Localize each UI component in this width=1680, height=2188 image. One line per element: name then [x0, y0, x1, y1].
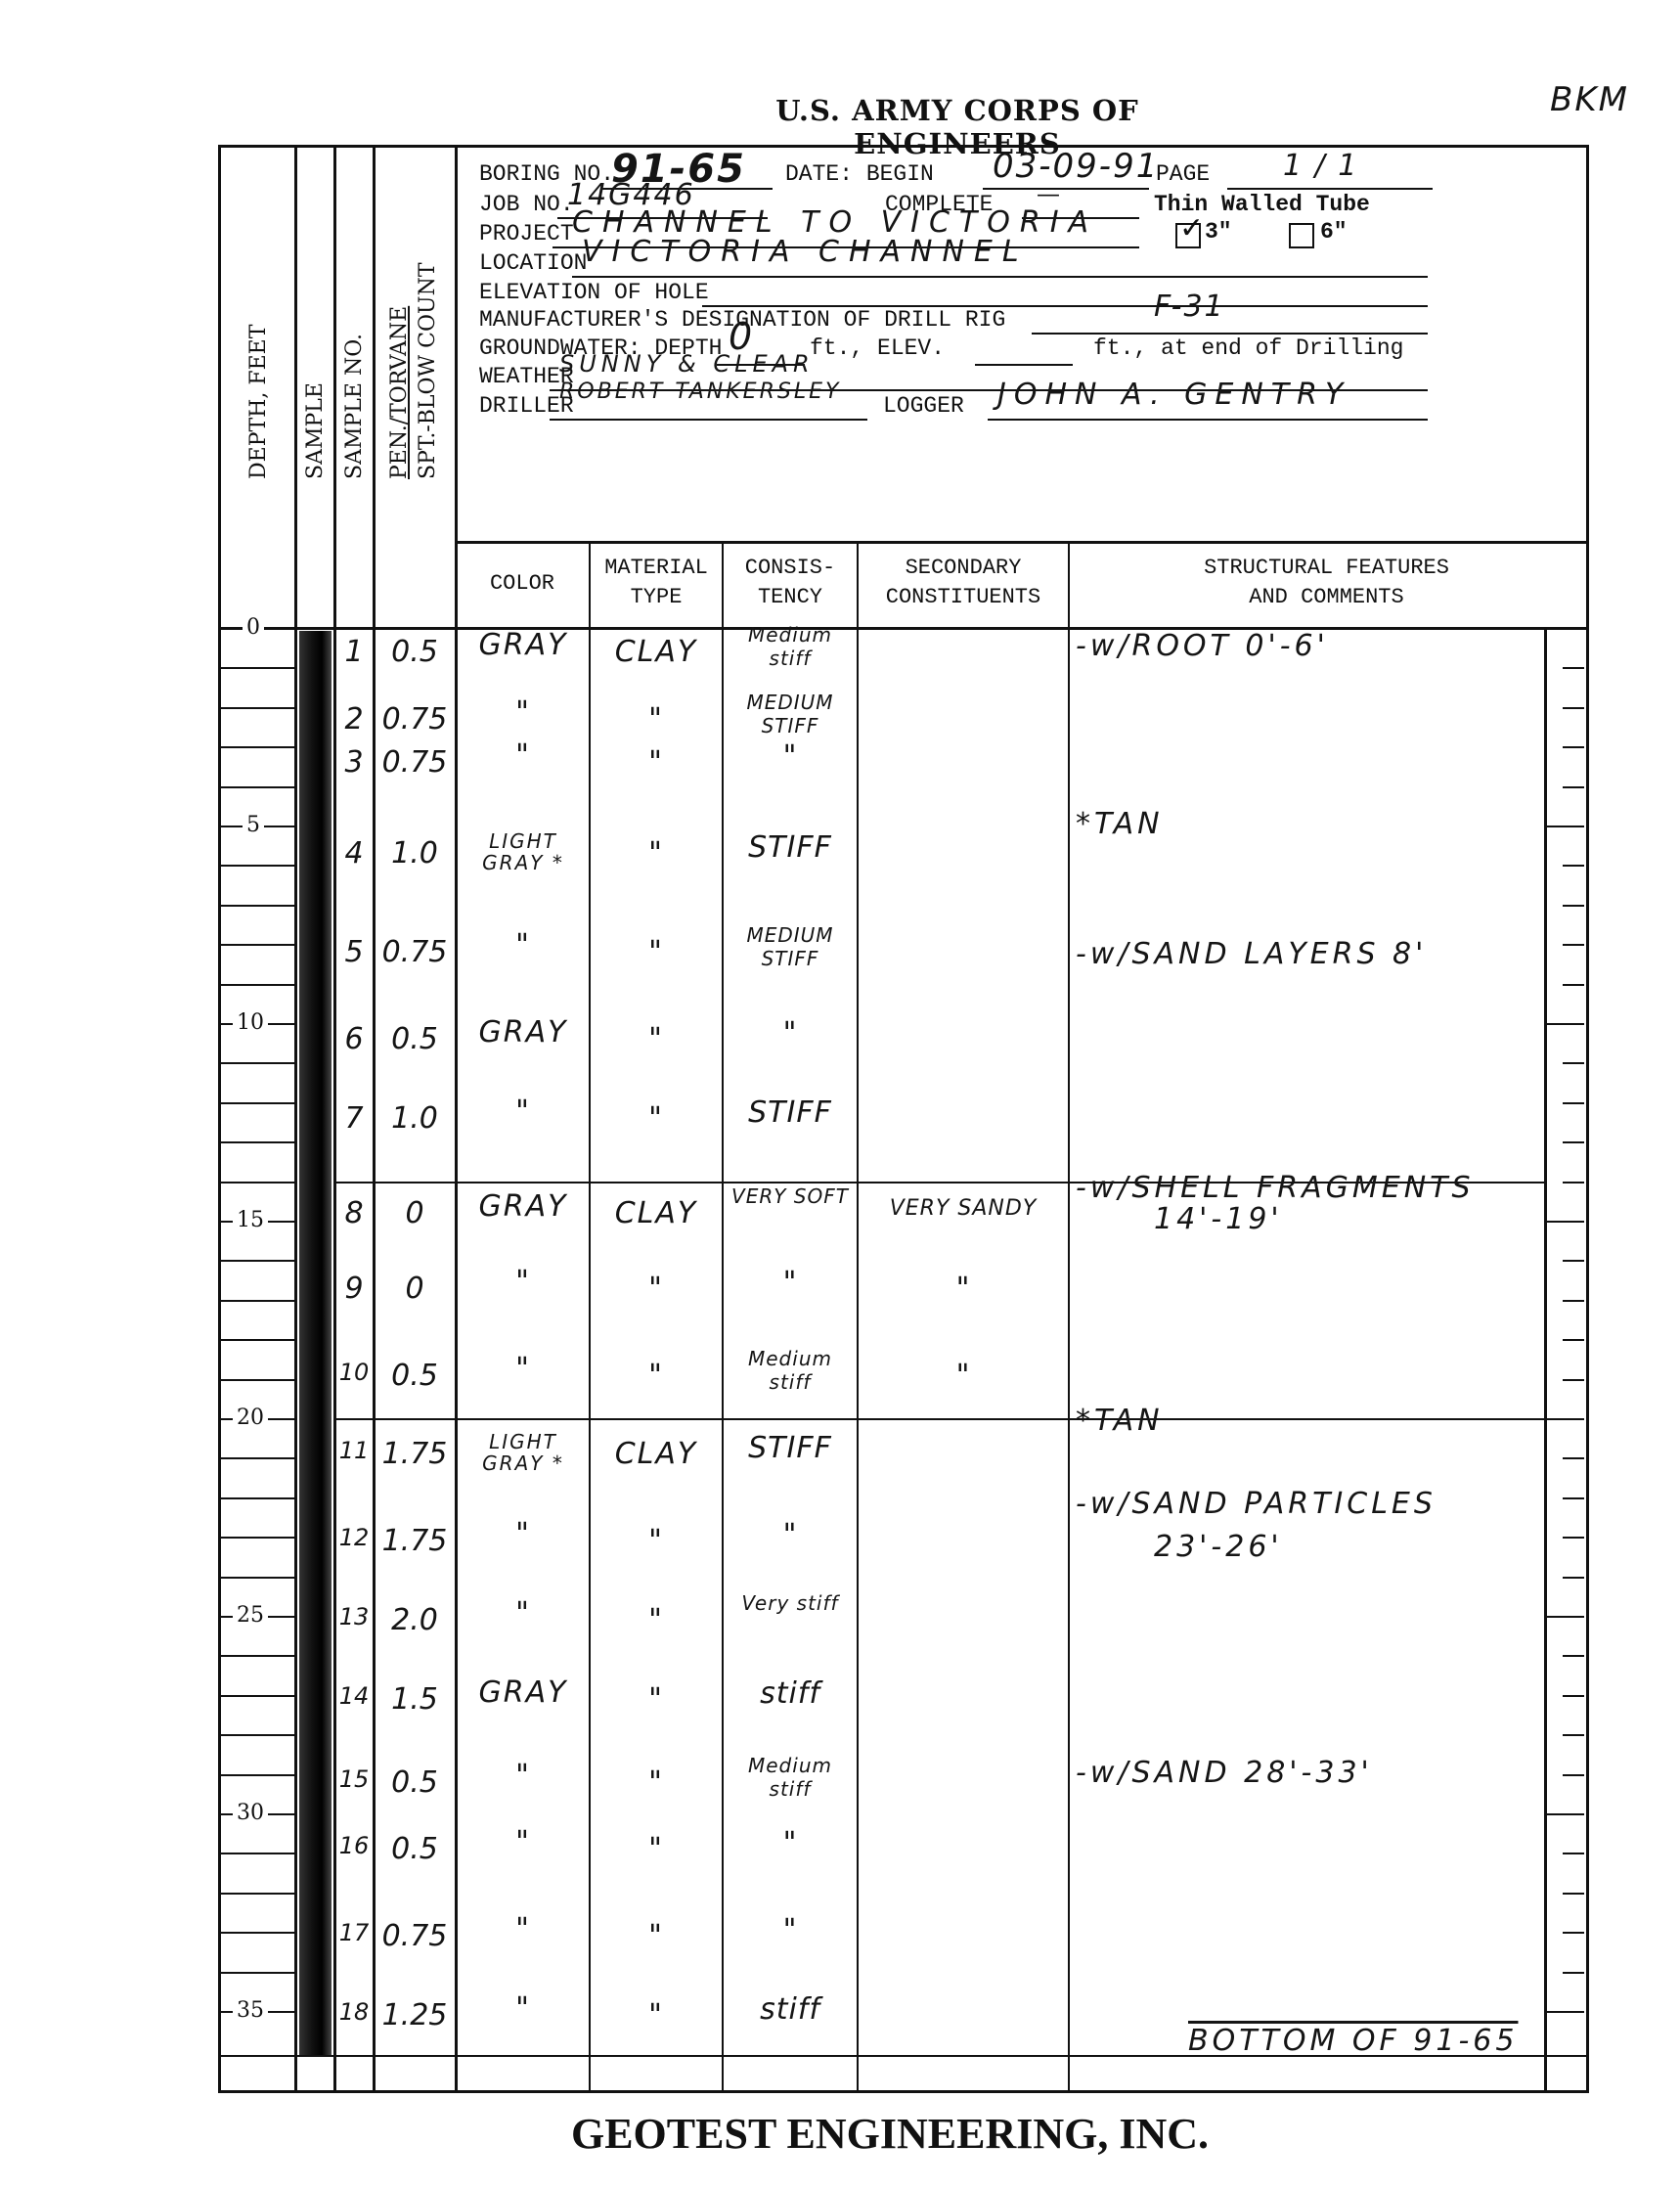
material-type-value: " [591, 1682, 722, 1717]
consistency-value: Medium stiff [724, 1347, 857, 1394]
secondary-header-line2: CONSTITUENTS [858, 583, 1069, 612]
right-major-tick [1547, 1023, 1584, 1025]
depth-minor-tick [221, 1300, 294, 1302]
secondary-constituents-header: SECONDARYCONSTITUENTS [858, 554, 1069, 612]
right-minor-tick [1563, 984, 1584, 986]
material-type-value: " [591, 1603, 722, 1637]
pen-torvane-value: 0.75 [375, 935, 455, 969]
right-minor-tick [1563, 944, 1584, 946]
depth-minor-tick [221, 1655, 294, 1657]
weather-value: SUNNY & CLEAR [559, 350, 815, 378]
structural-comment: -w/SHELL FRAGMENTS [1076, 1171, 1475, 1205]
material-type-value: " [591, 1101, 722, 1136]
end-of-drilling-label: ft., at end of Drilling [1093, 335, 1403, 361]
structural-comment: -w/SAND 28'-33' [1076, 1756, 1373, 1790]
elevation-label: ELEVATION OF HOLE [479, 280, 709, 305]
color-value: " [458, 1832, 589, 1853]
material-type-value: CLAY [591, 635, 722, 669]
color-value: " [458, 702, 589, 724]
checkmark-icon: ✓ [1179, 211, 1204, 246]
material-type-value: " [591, 1272, 722, 1306]
color-value: GRAY [458, 1196, 589, 1218]
divider [722, 541, 724, 2090]
material-type-value: CLAY [591, 1196, 722, 1230]
underline [550, 419, 867, 421]
pen-torvane-header: PEN./TORVANE [387, 306, 412, 479]
material-type-value: " [591, 1998, 722, 2032]
right-minor-tick [1563, 1537, 1584, 1539]
color-value: LIGHT GRAY * [458, 830, 589, 873]
underline [572, 276, 1428, 278]
depth-header: DEPTH, FEET [246, 325, 271, 479]
underline [1032, 333, 1428, 335]
material-type-value: " [591, 1832, 722, 1866]
divider [294, 145, 297, 2090]
divider [1544, 629, 1547, 2090]
pen-torvane-value: 1.0 [375, 836, 455, 871]
depth-minor-tick [221, 984, 294, 986]
depth-label: 10 [233, 1010, 268, 1035]
depth-minor-tick [221, 865, 294, 867]
structural-features-header: STRUCTURAL FEATURESAND COMMENTS [1069, 554, 1584, 612]
pen-torvane-value: 0.75 [375, 1919, 455, 1953]
right-minor-tick [1563, 1457, 1584, 1459]
color-value: " [458, 1998, 589, 2020]
right-minor-tick [1563, 1853, 1584, 1854]
right-minor-tick [1563, 1972, 1584, 1974]
consistency-value: STIFF [724, 836, 857, 860]
secondary-constituents-value: " [859, 1359, 1068, 1393]
depth-minor-tick [221, 1379, 294, 1381]
right-minor-tick [1563, 1182, 1584, 1183]
secondary-constituents-value: VERY SANDY [859, 1196, 1068, 1221]
right-minor-tick [1563, 786, 1584, 788]
underline [1227, 188, 1433, 190]
tube-6in-checkbox[interactable] [1289, 223, 1314, 248]
pen-torvane-value: 0.75 [375, 702, 455, 737]
depth-minor-tick [221, 1339, 294, 1341]
sample-number: 10 [334, 1359, 374, 1386]
consistency-value: Medium stiff [724, 1754, 857, 1801]
depth-minor-tick [221, 944, 294, 946]
sample-number: 13 [334, 1603, 374, 1630]
pen-torvane-value: 2.0 [375, 1603, 455, 1637]
sample-number: 2 [334, 702, 374, 737]
pen-torvane-value: 1.25 [375, 1998, 455, 2032]
sample-number: 11 [334, 1437, 374, 1464]
right-major-tick [1547, 1813, 1584, 1815]
right-minor-tick [1563, 1141, 1584, 1143]
right-minor-tick [1563, 1577, 1584, 1579]
color-value: " [458, 1524, 589, 1545]
pen-torvane-value: 0.5 [375, 1832, 455, 1866]
consistency-value: MEDIUM STIFF [724, 691, 857, 737]
pen-torvane-value: 0.75 [375, 745, 455, 780]
tube-6in-label: 6" [1320, 219, 1348, 245]
depth-minor-tick [221, 1182, 294, 1183]
right-minor-tick [1563, 746, 1584, 748]
depth-minor-tick [221, 1457, 294, 1459]
sample-number: 8 [334, 1196, 374, 1230]
material-type-value: " [591, 1919, 722, 1953]
material-type-value: " [591, 1022, 722, 1056]
job-no-label: JOB NO. [479, 192, 574, 217]
depth-minor-tick [221, 1260, 294, 1262]
depth-label: 25 [233, 1603, 268, 1628]
page-label: PAGE [1156, 161, 1210, 187]
right-minor-tick [1563, 667, 1584, 669]
right-minor-tick [1563, 1102, 1584, 1104]
right-minor-tick [1563, 1655, 1584, 1657]
material-type-value: CLAY [591, 1437, 722, 1471]
depth-label: 5 [243, 813, 264, 837]
consistency-value: Very stiff [724, 1591, 857, 1615]
depth-minor-tick [221, 746, 294, 748]
location-value: VICTORIA CHANNEL [582, 235, 1029, 269]
sample-number: 9 [334, 1272, 374, 1306]
consistency-header: CONSIS-TENCY [723, 554, 858, 612]
secondary-constituents-value: " [859, 1272, 1068, 1306]
consistency-value: STIFF [724, 1437, 857, 1460]
depth-minor-tick [221, 1062, 294, 1064]
material-type-header: MATERIALTYPE [590, 554, 723, 612]
consistency-value: " [724, 1022, 857, 1046]
color-value: " [458, 1919, 589, 1941]
sample-number: 17 [334, 1919, 374, 1946]
sample-number: 12 [334, 1524, 374, 1551]
depth-label: 15 [233, 1208, 268, 1232]
depth-minor-tick [221, 1853, 294, 1854]
structural-comment: 23'-26' [1154, 1530, 1283, 1564]
pen-torvane-value: 1.75 [375, 1437, 455, 1471]
color-value: " [458, 1359, 589, 1380]
depth-minor-tick [221, 905, 294, 907]
sample-number: 16 [334, 1832, 374, 1859]
depth-minor-tick [221, 1893, 294, 1895]
logger-value: JOHN A. GENTRY [997, 378, 1350, 412]
depth-minor-tick [221, 1141, 294, 1143]
sample-number: 18 [334, 1998, 374, 2026]
structural-comment: 14'-19' [1154, 1202, 1283, 1236]
color-value: " [458, 1101, 589, 1123]
underline [988, 419, 1428, 421]
sample-number: 6 [334, 1022, 374, 1056]
right-major-tick [1547, 1221, 1584, 1223]
color-value: LIGHT GRAY * [458, 1431, 589, 1474]
location-label: LOCATION [479, 250, 587, 276]
underline [983, 188, 1149, 190]
right-major-tick [1547, 1418, 1584, 1420]
consistency-value: MEDIUM STIFF [724, 923, 857, 970]
material-type-value: " [591, 1765, 722, 1800]
right-minor-tick [1563, 1062, 1584, 1064]
pen-torvane-value: 0.5 [375, 635, 455, 669]
right-minor-tick [1563, 1260, 1584, 1262]
depth-label: 0 [243, 615, 264, 640]
drill-rig-value: F-31 [1154, 290, 1225, 324]
color-value: " [458, 745, 589, 767]
material-type-value: " [591, 935, 722, 969]
structural-comment: BOTTOM OF 91-65 [1188, 2024, 1518, 2058]
consistency-value: stiff [724, 1998, 857, 2022]
project-label: PROJECT [479, 221, 574, 246]
depth-minor-tick [221, 1537, 294, 1539]
right-minor-tick [1563, 1379, 1584, 1381]
sample-number: 7 [334, 1101, 374, 1136]
divider [456, 541, 1586, 544]
sample-number: 15 [334, 1765, 374, 1793]
depth-minor-tick [221, 707, 294, 709]
right-minor-tick [1563, 905, 1584, 907]
divider [218, 627, 1586, 630]
pen-torvane-value: 1.0 [375, 1101, 455, 1136]
consistency-value: stiff [724, 1682, 857, 1706]
structural-comment: *TAN [1076, 807, 1164, 841]
color-value: " [458, 935, 589, 957]
right-minor-tick [1563, 1300, 1584, 1302]
pen-torvane-value: 1.5 [375, 1682, 455, 1717]
consistency-header-line2: TENCY [723, 583, 858, 612]
structural-comment: -w/ROOT 0'-6' [1076, 629, 1329, 663]
depth-minor-tick [221, 786, 294, 788]
consistency-value: " [724, 1524, 857, 1547]
underline [975, 364, 1073, 366]
divider [857, 541, 859, 2090]
structural-header-line2: AND COMMENTS [1069, 583, 1584, 612]
right-minor-tick [1563, 1774, 1584, 1776]
color-value: " [458, 1272, 589, 1293]
consistency-value: " [724, 1919, 857, 1942]
material-type-value: " [591, 1359, 722, 1393]
structural-comment: -w/SAND LAYERS 8' [1076, 937, 1427, 971]
sample-number: 5 [334, 935, 374, 969]
depth-minor-tick [221, 1774, 294, 1776]
right-minor-tick [1563, 1695, 1584, 1697]
right-minor-tick [1563, 865, 1584, 867]
right-minor-tick [1563, 1932, 1584, 1934]
depth-minor-tick [221, 1972, 294, 1974]
depth-minor-tick [221, 1695, 294, 1697]
pen-torvane-value: 0 [375, 1272, 455, 1306]
depth-minor-tick [221, 667, 294, 669]
sample-number: 14 [334, 1682, 374, 1710]
color-value: " [458, 1765, 589, 1787]
sample-number: 4 [334, 836, 374, 871]
right-minor-tick [1563, 1497, 1584, 1499]
sample-no-header: SAMPLE NO. [342, 334, 367, 479]
color-value: GRAY [458, 1022, 589, 1044]
pen-torvane-value: 1.75 [375, 1524, 455, 1558]
date-begin-value: 03-09-91 [993, 147, 1159, 186]
consistency-value: STIFF [724, 1101, 857, 1125]
structural-header-line1: STRUCTURAL FEATURES [1069, 554, 1584, 583]
page-value: 1 / 1 [1283, 149, 1358, 183]
reviewer-initials: BKM [1550, 80, 1629, 119]
secondary-header-line1: SECONDARY [858, 554, 1069, 583]
depth-label: 20 [233, 1406, 268, 1430]
right-major-tick [1547, 1616, 1584, 1618]
right-major-tick [1547, 2011, 1584, 2013]
consistency-value: " [724, 1832, 857, 1855]
consistency-value: " [724, 1272, 857, 1295]
pen-torvane-value: 0.5 [375, 1359, 455, 1393]
complete-value: — [1037, 180, 1060, 207]
pen-torvane-value: 0.5 [375, 1022, 455, 1056]
right-minor-tick [1563, 1339, 1584, 1341]
right-minor-tick [1563, 707, 1584, 709]
right-major-tick [1547, 826, 1584, 827]
right-minor-tick [1563, 1734, 1584, 1736]
company-footer: GEOTEST ENGINEERING, INC. [548, 2109, 1232, 2159]
consistency-value: Medium stiff [724, 623, 857, 670]
consistency-value: " [724, 745, 857, 769]
depth-minor-tick [221, 1932, 294, 1934]
material-type-value: " [591, 745, 722, 780]
depth-minor-tick [221, 1497, 294, 1499]
material-type-value: " [591, 702, 722, 737]
divider [1068, 541, 1070, 2090]
depth-minor-tick [221, 1577, 294, 1579]
consistency-header-line1: CONSIS- [723, 554, 858, 583]
tube-3in-checkbox[interactable]: ✓ [1175, 223, 1201, 248]
structural-comment: *TAN [1076, 1404, 1164, 1438]
depth-label: 35 [233, 1998, 268, 2023]
material-type-value: " [591, 836, 722, 871]
sample-number: 3 [334, 745, 374, 780]
material-header-line2: TYPE [590, 583, 723, 612]
driller-value: ROBERT TANKERSLEY [559, 380, 841, 404]
strata-break-line [334, 1418, 1545, 1420]
sample-number: 1 [334, 635, 374, 669]
logger-label: LOGGER [883, 393, 964, 419]
consistency-value: VERY SOFT [724, 1184, 857, 1208]
color-value: GRAY [458, 635, 589, 656]
depth-minor-tick [221, 1102, 294, 1104]
right-minor-tick [1563, 1893, 1584, 1895]
depth-minor-tick [221, 1734, 294, 1736]
sample-header: SAMPLE [303, 382, 328, 479]
material-type-value: " [591, 1524, 722, 1558]
color-value: " [458, 1603, 589, 1625]
spt-blow-count-header: SPT.-BLOW COUNT [416, 263, 440, 480]
color-value: GRAY [458, 1682, 589, 1704]
tube-3in-label: 3" [1205, 219, 1232, 245]
structural-comment: -w/SAND PARTICLES [1076, 1487, 1437, 1521]
pen-torvane-value: 0 [375, 1196, 455, 1230]
depth-label: 30 [233, 1801, 268, 1825]
pen-torvane-value: 0.5 [375, 1765, 455, 1800]
groundwater-elev-label: ft., ELEV. [810, 335, 945, 361]
sample-core-shading [299, 631, 332, 2057]
date-begin-label: DATE: BEGIN [785, 161, 934, 187]
color-header: COLOR [456, 569, 589, 599]
material-header-line1: MATERIAL [590, 554, 723, 583]
